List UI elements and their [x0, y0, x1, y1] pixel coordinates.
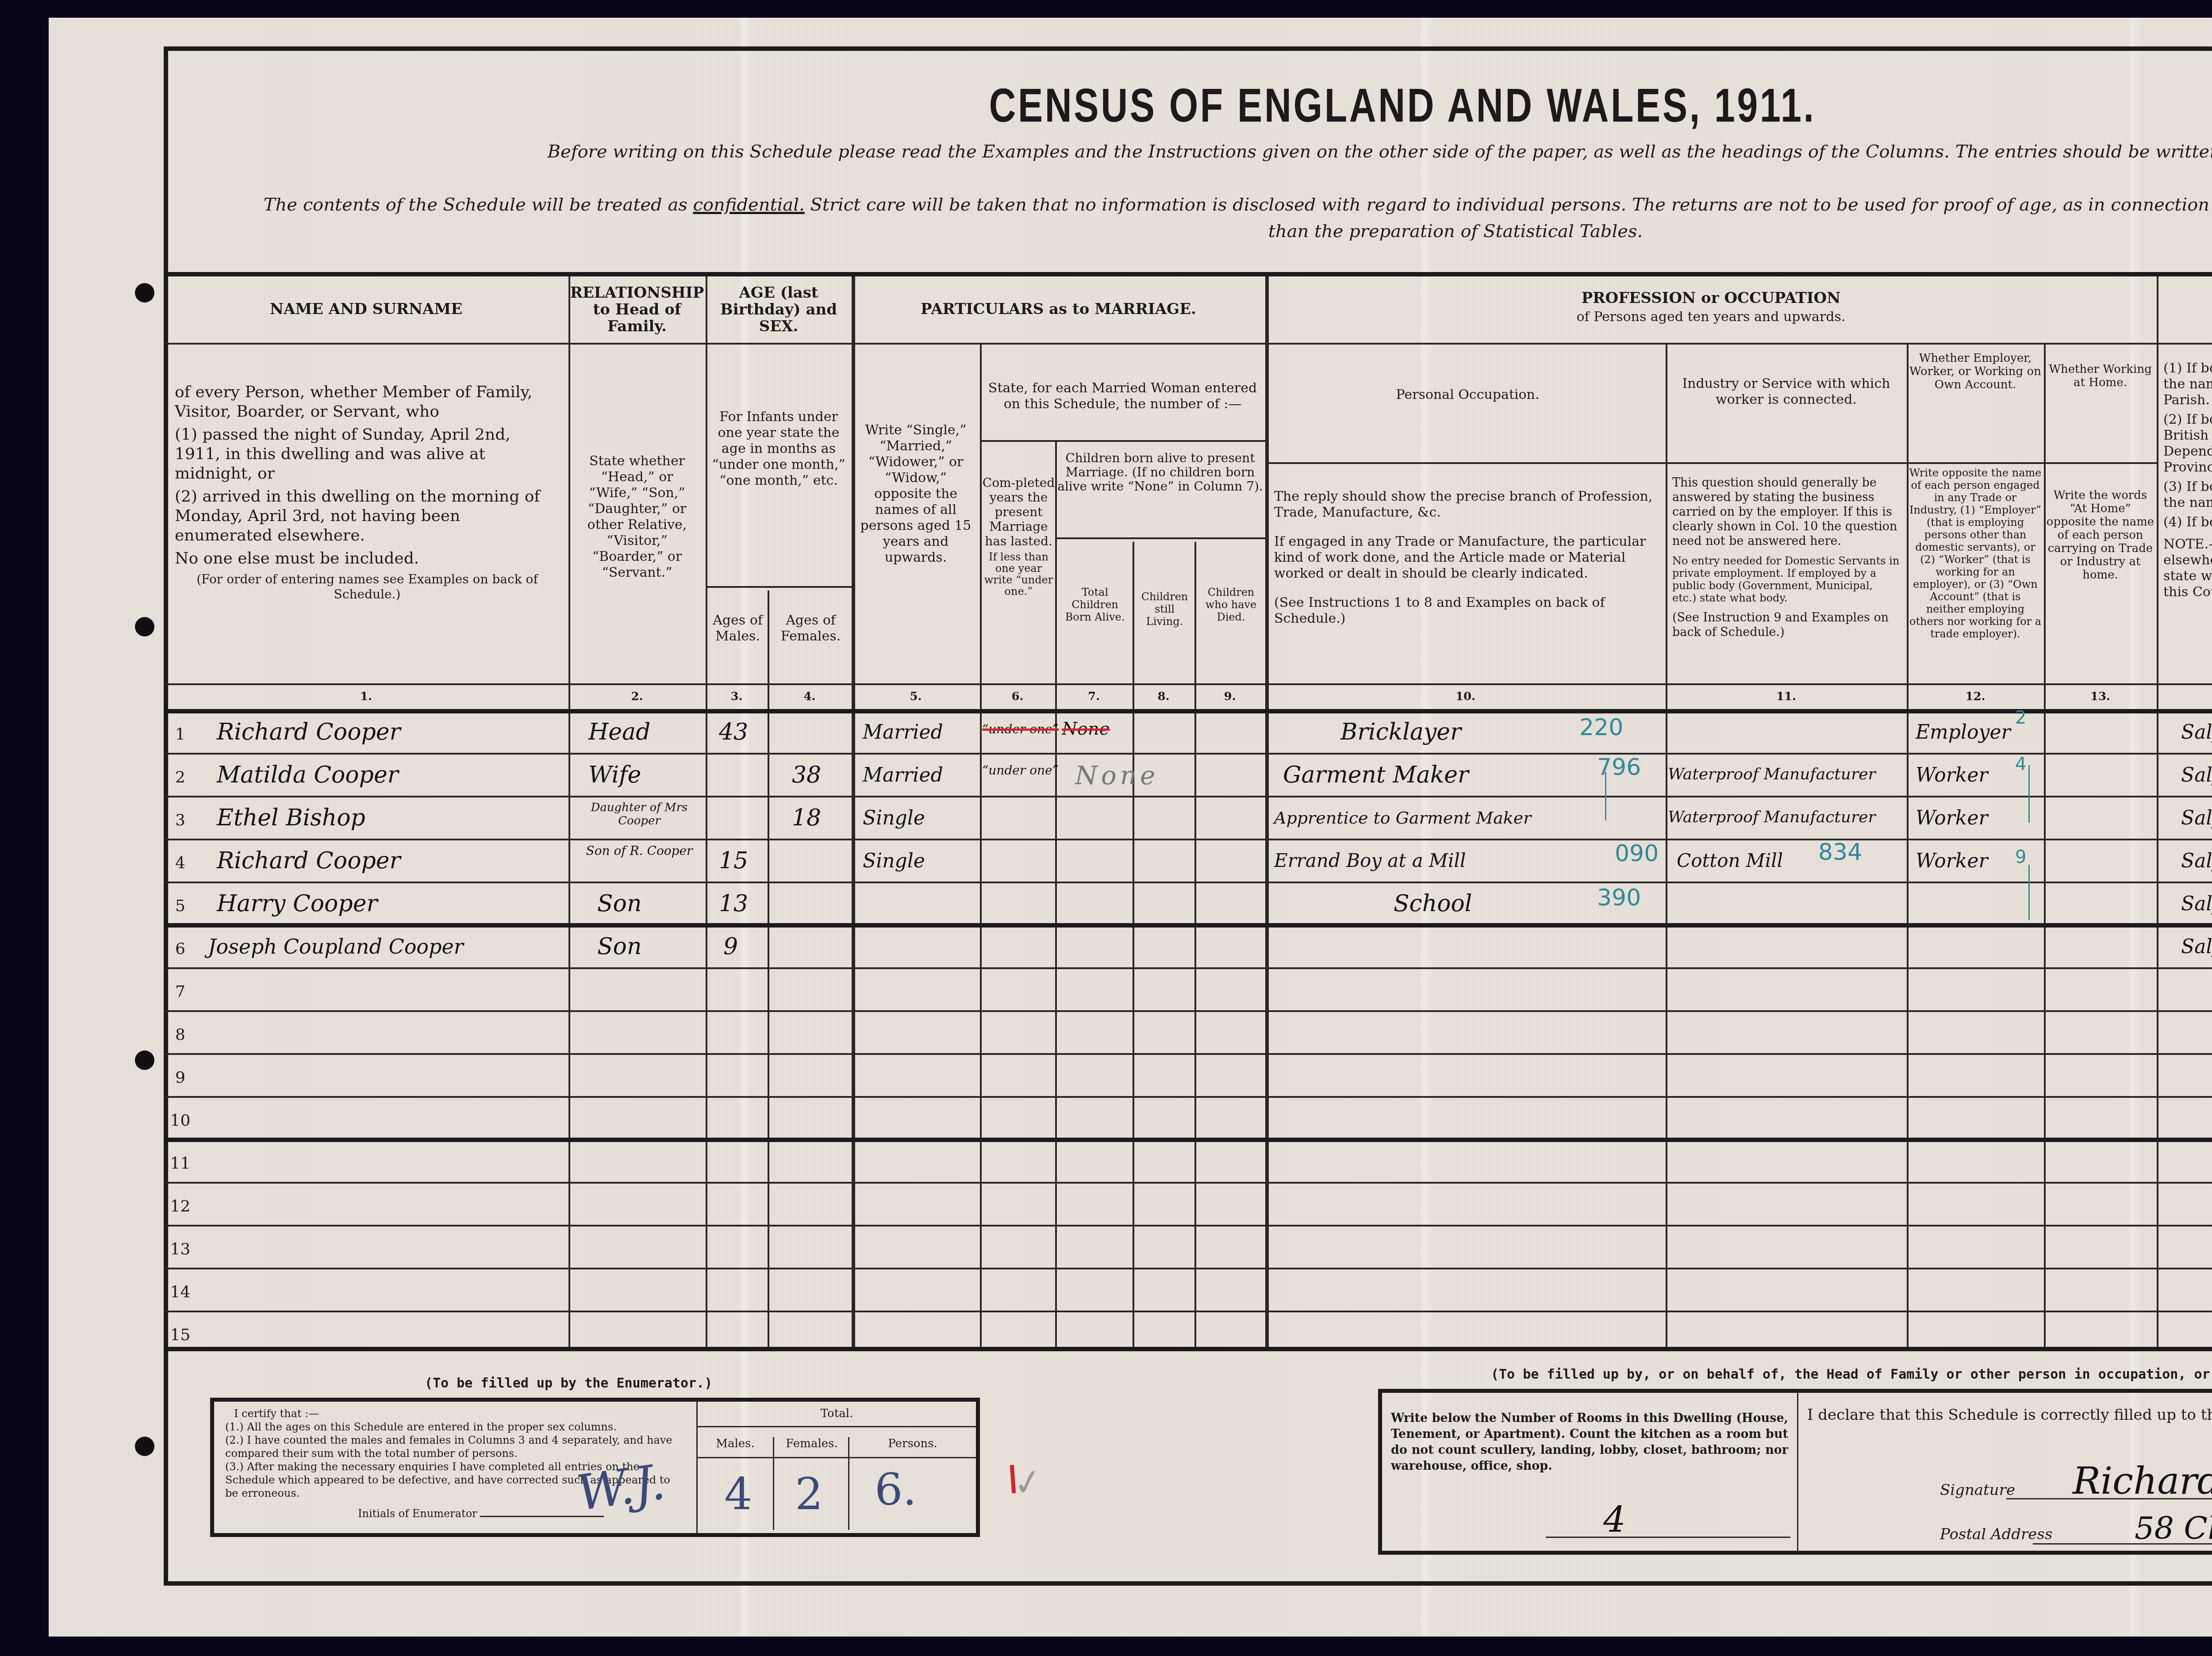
enumerator-box: I certify that :— (1.) All the ages on t… [210, 1398, 980, 1537]
declaration-text: I declare that this Schedule is correctl… [1807, 1406, 2212, 1424]
rooms-instructions: Write below the Number of Rooms in this … [1391, 1411, 1788, 1474]
blue-bracket [2028, 765, 2030, 823]
punch-hole [135, 283, 154, 303]
header-age: AGE (last Birthday) and SEX. [706, 284, 852, 335]
declaration-box: I declare that this Schedule is correctl… [1798, 1389, 2212, 1555]
age-males-label: Ages of Males. [708, 613, 768, 644]
signature-label: Signature [1940, 1481, 2015, 1499]
confidential-word: confidential. [693, 195, 805, 215]
intro-confidential: The contents of the Schedule will be tre… [190, 195, 2212, 215]
total-males: 4 [724, 1468, 753, 1520]
totals-panel: Total. Males. Females. Persons. 4 2 6. [696, 1402, 976, 1533]
total-females: 2 [795, 1468, 823, 1520]
personal-occupation-header: Personal Occupation. [1270, 387, 1666, 403]
postal-address-label: Postal Address [1940, 1526, 2052, 1543]
rooms-box: Write below the Number of Rooms in this … [1378, 1389, 1798, 1555]
age-females-label: Ages of Females. [770, 613, 852, 644]
document-title: CENSUS OF ENGLAND AND WALES, 1911. [436, 77, 2212, 133]
row-number: 11 [164, 1154, 197, 1173]
initials-label: Initials of Enumerator [358, 1507, 477, 1520]
children-header: Children born alive to present Marriage.… [1057, 451, 1263, 494]
died-header: Children who have Died. [1197, 586, 1265, 623]
header-occupation-sub: of Persons aged ten years and upwards. [1265, 310, 2157, 325]
header-birthplace-sub: of every person. [2157, 310, 2212, 325]
birthplace-instructions: (1) If born in the United Kingdom, write… [2163, 360, 2212, 600]
row-number: 9 [164, 1069, 197, 1087]
row-number: 5 [164, 897, 197, 915]
row-number: 1 [164, 725, 197, 744]
years-married-header: Com-pleted years the present Marriage ha… [982, 475, 1055, 597]
punch-hole [135, 617, 154, 636]
household-table: NAME AND SURNAME RELATIONSHIP to Head of… [164, 272, 2212, 1351]
head-of-family-caption: (To be filled up by, or on behalf of, th… [1491, 1367, 2212, 1382]
still-living-header: Children still Living. [1135, 590, 1194, 628]
header-marriage: PARTICULARS as to MARRIAGE. [852, 301, 1265, 318]
number-of-rooms: 4 [1603, 1499, 1626, 1540]
header-relationship: RELATIONSHIP to Head of Family. [568, 284, 706, 335]
at-home-header: Whether Working at Home. [2046, 363, 2154, 389]
employer-instructions: Write opposite the name of each person e… [1909, 467, 2042, 640]
row-number: 10 [164, 1112, 197, 1130]
age-instructions: For Infants under one year state the age… [710, 409, 847, 489]
row-number: 8 [164, 1026, 197, 1044]
postal-address: 58 Church St Pendleton [2135, 1510, 2212, 1546]
row-number: 4 [164, 854, 197, 872]
married-woman-instructions: State, for each Married Woman entered on… [984, 380, 1261, 412]
row-number: 2 [164, 768, 197, 786]
condition-instructions: Write “Single,” “Married,” “Widower,” or… [856, 422, 975, 566]
row-number: 6 [164, 940, 197, 958]
signature: Richard Cooper [2073, 1459, 2212, 1503]
row-number: 13 [164, 1240, 197, 1258]
at-home-instructions: Write the words “At Home” opposite the n… [2046, 489, 2154, 582]
row-number: 14 [164, 1283, 197, 1301]
header-occupation: PROFESSION or OCCUPATION [1265, 290, 2157, 307]
punch-hole [135, 1437, 154, 1456]
enumerator-caption: (To be filled up by the Enumerator.) [425, 1376, 712, 1391]
born-alive-header: Total Children Born Alive. [1057, 586, 1133, 623]
header-name: NAME AND SURNAME [164, 301, 568, 318]
punch-hole [135, 1050, 154, 1070]
row-number: 12 [164, 1197, 197, 1215]
blue-bracket [1605, 772, 1606, 820]
row-number: 15 [164, 1326, 197, 1344]
blue-bracket [2028, 865, 2030, 920]
intro-instructions: Before writing on this Schedule please r… [487, 142, 2212, 162]
header-birthplace: BIRTHPLACE [2157, 290, 2212, 307]
row-number: 7 [164, 983, 197, 1001]
name-instructions: of every Person, whether Member of Famil… [175, 383, 560, 602]
industry-header: Industry or Service with which worker is… [1670, 376, 1902, 408]
relationship-instructions: State whether “Head,” or “Wife,” “Son,” … [575, 453, 699, 581]
employer-header: Whether Employer, Worker, or Working on … [1909, 352, 2042, 391]
row-number: 3 [164, 811, 197, 829]
personal-occupation-instructions: The reply should show the precise branch… [1274, 489, 1659, 627]
industry-instructions: This question should generally be answer… [1672, 475, 1900, 640]
intro-statistical: than the preparation of Statistical Tabl… [190, 221, 2212, 241]
total-persons: 6. [875, 1464, 917, 1515]
